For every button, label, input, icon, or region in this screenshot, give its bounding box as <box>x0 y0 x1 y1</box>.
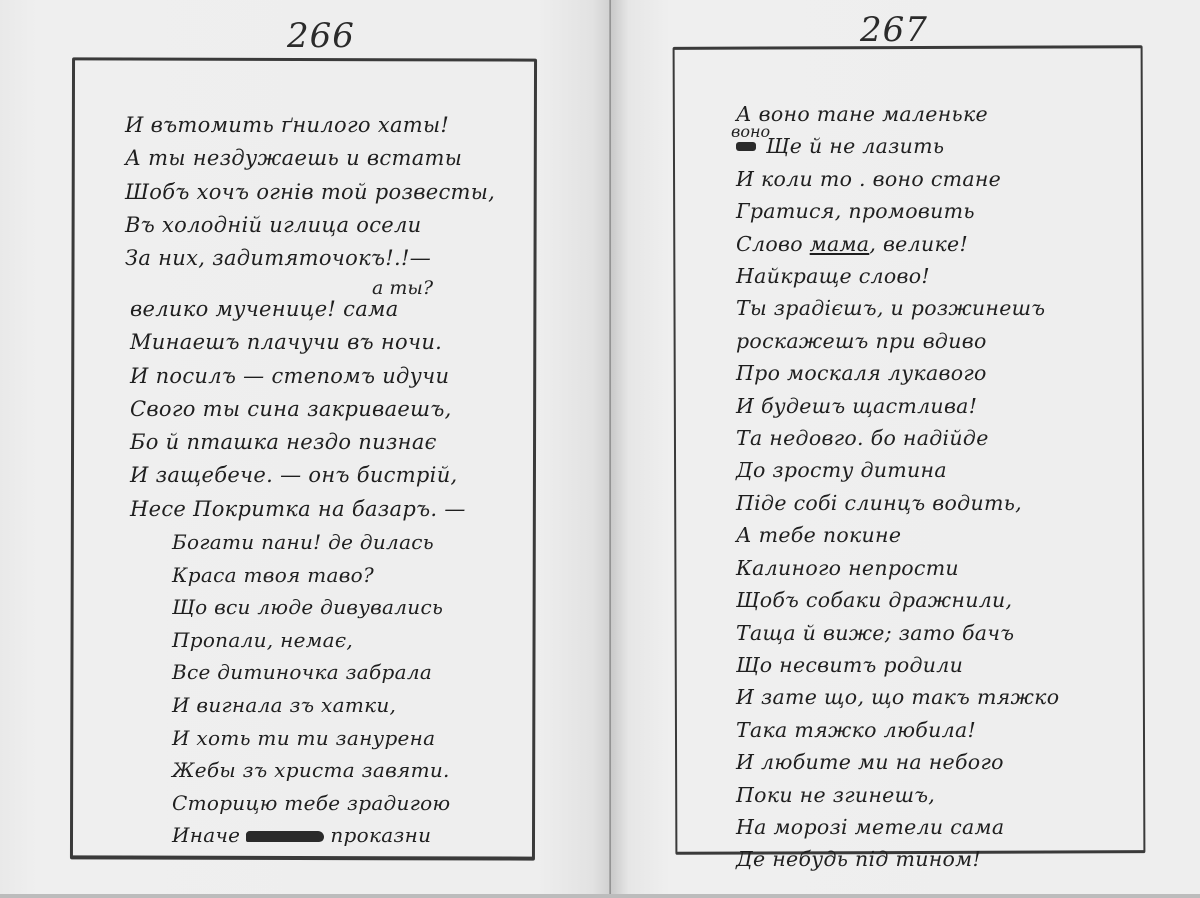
right-page: 267 воно А воно тане маленьке Ще й не ла… <box>611 0 1200 898</box>
verse-line: Несе Покритка на базаръ. — <box>130 493 466 526</box>
verse-line: Що несвитъ родили <box>736 649 1059 681</box>
verse-line: И любите ми на небого <box>736 746 1059 778</box>
verse-line: Краса твоя таво? <box>172 559 450 592</box>
verse-line: За них, задитяточокъ!.!— <box>125 242 495 275</box>
verse-line: роскажешъ при вдиво <box>736 325 1059 357</box>
verse-line: велико мученице! сама <box>130 293 466 326</box>
verse-line: Щобъ собаки дражнили, <box>736 584 1059 616</box>
verse-line: Въ холодній иглица осели <box>125 209 495 242</box>
verse-line: Поки не згинешъ, <box>736 779 1059 811</box>
verse-line: Жебы зъ христа завяти. <box>172 754 450 787</box>
verse-line: Сторицю тебе зрадигою <box>172 787 450 820</box>
left-stanza-3: Богати пани! де дилась Краса твоя таво? … <box>172 526 450 852</box>
verse-line: И вътомить ґнилого хаты! <box>125 109 495 142</box>
underlined-word: мама <box>810 232 870 256</box>
verse-word: Иначе <box>172 823 240 847</box>
verse-line: Таща й виже; зато бачъ <box>736 617 1059 649</box>
verse-line: Пропали, немає, <box>172 624 450 657</box>
left-stanza-1: И вътомить ґнилого хаты! А ты нездужаешь… <box>125 109 495 275</box>
ink-strikeout <box>246 831 324 842</box>
verse-line: И зате що, що такъ тяжко <box>736 681 1059 713</box>
book-bottom-edge <box>0 894 1200 898</box>
verse-line: Гратися, промовить <box>736 195 1059 227</box>
verse-line: Свого ты сина закриваешъ, <box>130 393 466 426</box>
verse-line: Бо й пташка нездо пизнає <box>130 426 466 459</box>
verse-line: На морозі метели сама <box>736 811 1059 843</box>
verse-line: И хоть ти ти занурена <box>172 722 450 755</box>
verse-line: Ты зрадієшъ, и розжинешъ <box>736 292 1059 324</box>
verse-line: Найкраще слово! <box>736 260 1059 292</box>
verse-line: Піде собі слинцъ водить, <box>736 487 1059 519</box>
verse-line: Що вси люде дивувались <box>172 591 450 624</box>
verse-line: Де небудь під тином! <box>736 843 1059 875</box>
verse-line: И будешъ щастлива! <box>736 390 1059 422</box>
verse-line: Калиного непрости <box>736 552 1059 584</box>
left-page: 266 И вътомить ґнилого хаты! А ты нездуж… <box>0 0 611 898</box>
page-number-left: 266 <box>287 16 355 56</box>
verse-line: Минаешъ плачучи въ ночи. <box>130 326 466 359</box>
verse-line: Ще й не лазить <box>736 130 1059 162</box>
verse-line: До зросту дитина <box>736 454 1059 486</box>
verse-line: Про москаля лукавого <box>736 357 1059 389</box>
verse-line: И посилъ — степомъ идучи <box>130 360 466 393</box>
book-spread: 266 И вътомить ґнилого хаты! А ты нездуж… <box>0 0 1200 898</box>
verse-line: А ты нездужаешь и встаты <box>125 142 495 175</box>
verse-line: А тебе покине <box>736 519 1059 551</box>
verse-line: Богати пани! де дилась <box>172 526 450 559</box>
verse-line: Все дитиночка забрала <box>172 656 450 689</box>
left-stanza-2: велико мученице! сама Минаешъ плачучи въ… <box>130 293 466 526</box>
verse-line: Така тяжко любила! <box>736 714 1059 746</box>
verse-line-underlined: Слово мама, велике! <box>736 228 1059 260</box>
verse-word: проказни <box>330 823 431 847</box>
right-verse: А воно тане маленьке Ще й не лазить И ко… <box>736 98 1059 876</box>
verse-line: Та недовго. бо надійде <box>736 422 1059 454</box>
verse-line: И защебече. — онъ бистрій, <box>130 459 466 492</box>
verse-line: А воно тане маленьке <box>736 98 1059 130</box>
verse-line-with-strikeout: Иначепроказни <box>172 819 450 852</box>
verse-line: И вигнала зъ хатки, <box>172 689 450 722</box>
verse-line: И коли то . воно стане <box>736 163 1059 195</box>
page-number-right: 267 <box>860 10 928 50</box>
verse-line: Шобъ хочъ огнів той розвесты, <box>125 176 495 209</box>
